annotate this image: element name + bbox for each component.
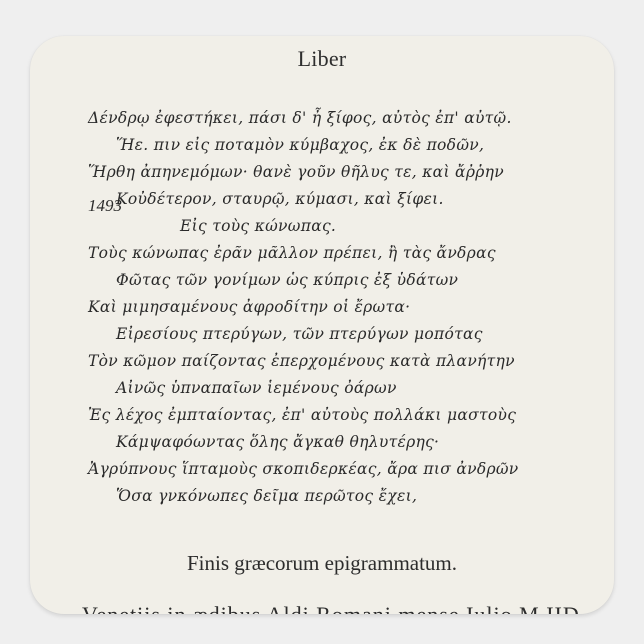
verse-line-4: Κοὐδέτερον, σταυρῷ, κύμασι, καὶ ξίφει. [116,190,444,208]
verse-line-5-title: Εἰς τοὺς κώνωπας. [180,217,336,235]
verse-line-9: Εἰρεσίους πτερύγων, τῶν πτερύγων μοπότας [116,325,483,343]
verse-line-8: Καὶ μιμησαμένους ἀφροδίτην οἱ ἔρωτα· [88,298,410,316]
verse-line-11: Αἰνῶς ὑπναπαῖων ἱεμένους ὀάρων [116,379,397,397]
verse-line-3: Ἥρθη ἀπηνεμόμων· θανὲ γοῦν θῆλυς τε, καὶ… [88,163,504,181]
verse-line-13: Κάμψαφόωντας ὅλης ἄγκαθ θηλυτέρης· [116,433,439,451]
page-header: Liber [30,46,614,72]
cut-off-imprint-line: Venetiis in ædibus Aldi Romani mense Iul… [82,602,580,614]
verse-line-2: Ἥε. πιν εἰς ποταμὸν κύμβαχος, ἐκ δὲ ποδῶ… [116,136,484,154]
sticker-page: Liber 1493 Δένδρῳ ἐφεστήκει, πάσι δ' ἦ ξ… [30,36,614,614]
verse-line-1: Δένδρῳ ἐφεστήκει, πάσι δ' ἦ ξίφος, αὐτὸς… [88,109,512,127]
verse-line-7: Φῶτας τῶν γονίμων ὡς κύπρις ἐξ ὑδάτων [116,271,458,289]
verse-line-12: Ἐς λέχος ἐμπταίοντας, ἐπ' αὐτοὺς πολλάκι… [88,406,516,424]
verse-line-15: Ὅσα γνκόνωπες δεῖμα περῶτος ἔχει, [116,487,417,505]
verse-line-10: Τὸν κῶμον παίζοντας ἐπερχομένους κατὰ πλ… [88,352,515,370]
verse-line-6: Τοὺς κώνωπας ἐρᾶν μᾶλλον πρέπει, ἢ τὰς ἄ… [88,244,496,262]
verse-line-14: Ἀγρύπνους ἵπταμοὺς σκοπιδερκέας, ἄρα πισ… [88,460,519,478]
colophon: Finis græcorum epigrammatum. [30,551,614,576]
